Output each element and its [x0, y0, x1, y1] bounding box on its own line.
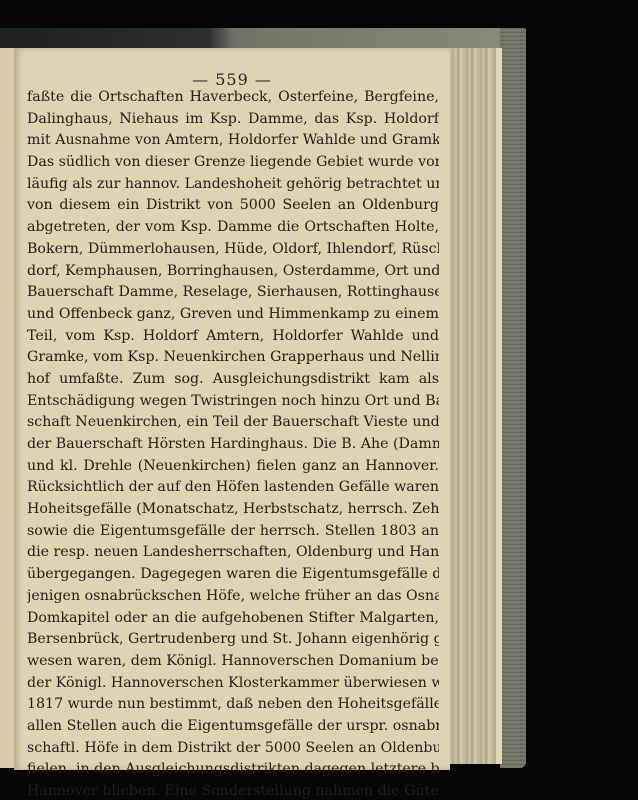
text-line: schaftl. Höfe in dem Distrikt der 5000 S… [27, 738, 439, 760]
text-line: Rücksichtlich der auf den Höfen lastende… [27, 477, 439, 499]
text-line: Domkapitel oder an die aufgehobenen Stif… [27, 608, 439, 630]
text-line: die resp. neuen Landesherrschaften, Olde… [27, 542, 439, 564]
page-body-text: faßte die Ortschaften Haverbeck, Osterfe… [27, 87, 439, 800]
text-line: 1817 wurde nun bestimmt, daß neben den H… [27, 694, 439, 716]
text-line: sowie die Eigentumsgefälle der herrsch. … [27, 521, 439, 543]
text-line: Hannover blieben. Eine Sonderstellung na… [27, 781, 439, 800]
text-line: der Bauerschaft Hörsten Hardinghaus. Die… [27, 434, 439, 456]
left-page-edge [0, 48, 15, 768]
text-line: und kl. Drehle (Neuenkirchen) fielen gan… [27, 456, 439, 478]
book-cover-top-edge [0, 28, 520, 50]
text-line: der Königl. Hannoverschen Klosterkammer … [27, 673, 439, 695]
book-cover-right-edge [500, 28, 526, 768]
text-line: schaft Neuenkirchen, ein Teil der Bauers… [27, 412, 439, 434]
text-line: übergegangen. Dagegegen waren die Eigent… [27, 564, 439, 586]
text-line: fielen, in den Ausgleichungsdistrikten d… [27, 759, 439, 781]
text-line: und Offenbeck ganz, Greven und Himmenkam… [27, 304, 439, 326]
text-line: läufig als zur hannov. Landeshoheit gehö… [27, 174, 439, 196]
text-line: Gramke, vom Ksp. Neuenkirchen Grapperhau… [27, 347, 439, 369]
text-line: faßte die Ortschaften Haverbeck, Osterfe… [27, 87, 439, 109]
text-line: Teil, vom Ksp. Holdorf Amtern, Holdorfer… [27, 326, 439, 348]
page-stack-edges [450, 48, 502, 764]
text-line: hof umfaßte. Zum sog. Ausgleichungsdistr… [27, 369, 439, 391]
text-line: Entschädigung wegen Twistringen noch hin… [27, 391, 439, 413]
text-line: Bauerschaft Damme, Reselage, Sierhausen,… [27, 282, 439, 304]
text-line: mit Ausnahme von Amtern, Holdorfer Wahld… [27, 130, 439, 152]
text-line: wesen waren, dem Königl. Hannoverschen D… [27, 651, 439, 673]
text-line: Bersenbrück, Gertrudenberg und St. Johan… [27, 629, 439, 651]
text-line: jenigen osnabrückschen Höfe, welche früh… [27, 586, 439, 608]
text-line: dorf, Kemphausen, Borringhausen, Osterda… [27, 261, 439, 283]
text-line: Bokern, Dümmerlohausen, Hüde, Oldorf, Ih… [27, 239, 439, 261]
text-line: Das südlich von dieser Grenze liegende G… [27, 152, 439, 174]
text-line: Hoheitsgefälle (Monatschatz, Herbstschat… [27, 499, 439, 521]
text-line: allen Stellen auch die Eigentumsgefälle … [27, 716, 439, 738]
text-line: von diesem ein Distrikt von 5000 Seelen … [27, 195, 439, 217]
text-line: Dalinghaus, Niehaus im Ksp. Damme, das K… [27, 109, 439, 131]
text-line: abgetreten, der vom Ksp. Damme die Ortsc… [27, 217, 439, 239]
